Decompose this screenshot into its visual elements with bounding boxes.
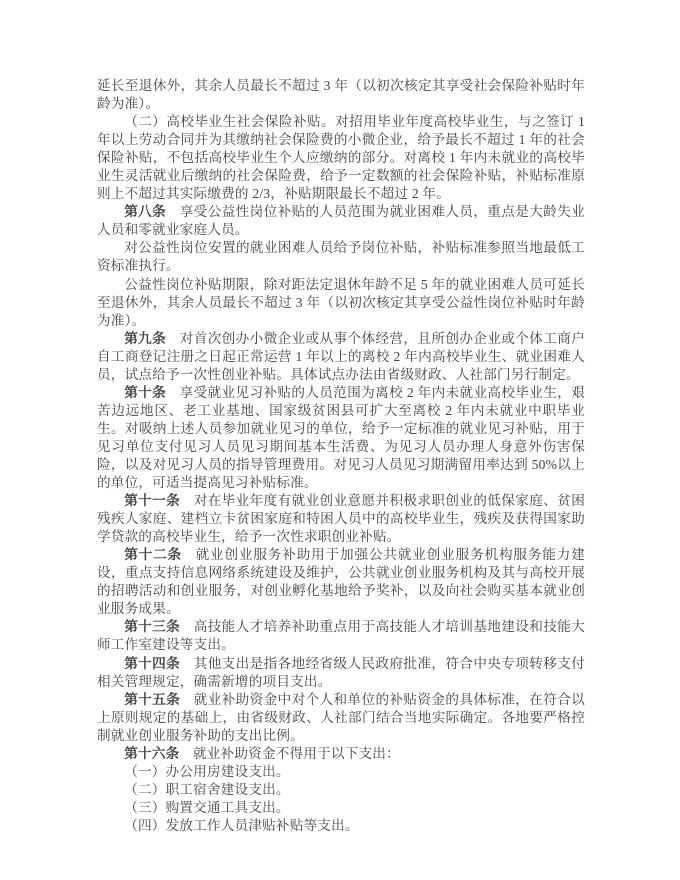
paragraph: 延长至退休外，其余人员最长不超过 3 年（以初次核定其享受社会保险补贴时年龄为准… (97, 77, 585, 113)
paragraph: 第十五条就业补助资金中对个人和单位的补贴资金的具体标准，在符合以上原则规定的基础… (97, 691, 585, 745)
paragraph: （四）发放工作人员津贴补贴等支出。 (97, 817, 585, 835)
paragraph: 第十四条其他支出是指各地经省级人民政府批准，符合中央专项转移支付相关管理规定，确… (97, 655, 585, 691)
paragraph: 公益性岗位补贴期限，除对距法定退休年龄不足 5 年的就业困难人员可延长至退休外，… (97, 276, 585, 330)
article-number: 第十五条 (124, 692, 180, 707)
article-number: 第十四条 (124, 656, 180, 671)
article-number: 第十三条 (124, 619, 180, 634)
paragraph: （一）办公用房建设支出。 (97, 763, 585, 781)
paragraph: （三）购置交通工具支出。 (97, 799, 585, 817)
paragraph: 第十三条高技能人才培养补助重点用于高技能人才培训基地建设和技能大师工作室建设等支… (97, 618, 585, 654)
paragraph: 第九条对首次创办小微企业或从事个体经营，且所创办企业或个体工商户自工商登记注册之… (97, 330, 585, 384)
paragraph: 第八条享受公益性岗位补贴的人员范围为就业困难人员，重点是大龄失业人员和零就业家庭… (97, 203, 585, 239)
paragraph: 第十一条对在毕业年度有就业创业意愿并积极求职创业的低保家庭、贫困残疾人家庭、建档… (97, 492, 585, 546)
paragraph: （二）职工宿舍建设支出。 (97, 781, 585, 799)
article-number: 第十条 (124, 385, 166, 400)
paragraph: 第十六条就业补助资金不得用于以下支出： (97, 745, 585, 763)
paragraph: 第十条享受就业见习补贴的人员范围为离校 2 年内未就业高校毕业生，艰苦边远地区、… (97, 384, 585, 492)
article-number: 第十六条 (124, 746, 179, 761)
article-number: 第九条 (124, 331, 166, 346)
document-page: 延长至退休外，其余人员最长不超过 3 年（以初次核定其享受社会保险补贴时年龄为准… (0, 0, 680, 880)
paragraph: （二）高校毕业生社会保险补贴。对招用毕业年度高校毕业生，与之签订 1 年以上劳动… (97, 113, 585, 203)
paragraph: 对公益性岗位安置的就业困难人员给予岗位补贴，补贴标准参照当地最低工资标准执行。 (97, 239, 585, 275)
document-text: 延长至退休外，其余人员最长不超过 3 年（以初次核定其享受社会保险补贴时年龄为准… (97, 77, 585, 835)
article-number: 第十一条 (124, 493, 180, 508)
article-number: 第十二条 (124, 547, 182, 562)
paragraph: 第十二条就业创业服务补助用于加强公共就业创业服务机构服务能力建设，重点支持信息网… (97, 546, 585, 618)
article-number: 第八条 (124, 204, 166, 219)
